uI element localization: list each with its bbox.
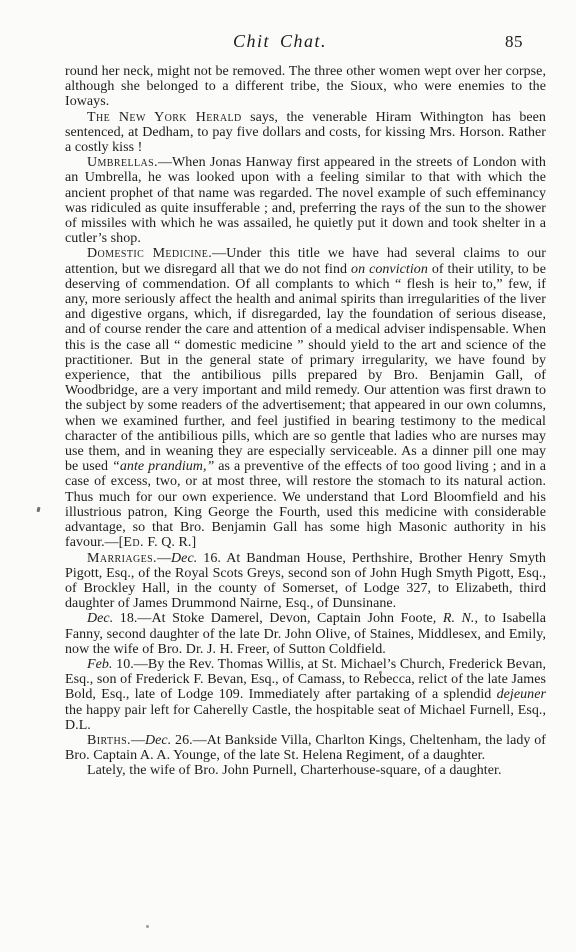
italic-run: Dec. (171, 551, 197, 566)
text-run: F. Q. R.] (144, 535, 196, 550)
paragraph: Lately, the wife of Bro. John Purnell, C… (65, 763, 546, 778)
paragraph: Marriages.—Dec. 16. At Bandman House, Pe… (65, 551, 546, 612)
text-run: Lately, the wife of Bro. John Purnell, C… (87, 763, 502, 778)
italic-run: on conviction (351, 262, 428, 277)
paragraph: Umbrellas.—When Jonas Hanway first appea… (65, 155, 546, 246)
text-run: 10.—By the Rev. Thomas Willis, at St. Mi… (65, 657, 546, 702)
text-run: the happy pair left for Caherelly Castle… (65, 703, 546, 733)
paragraph: round her neck, might not be removed. Th… (65, 64, 546, 110)
smallcaps-run: Births. (87, 733, 131, 748)
italic-run: dejeuner (497, 687, 546, 702)
smallcaps-run: Domestic Medicine. (87, 246, 212, 261)
italic-run: “ante prandium,” (112, 459, 214, 474)
scan-speck (379, 671, 382, 674)
italic-run: Feb. (87, 657, 112, 672)
page-title: Chit Chat. (0, 31, 560, 52)
paragraph: Dec. 18.—At Stoke Damerel, Devon, Captai… (65, 611, 546, 657)
text-run: — (131, 733, 145, 748)
page-number: 85 (505, 32, 523, 52)
paragraph: Births.—Dec. 26.—At Bankside Villa, Char… (65, 733, 546, 763)
page-body: round her neck, might not be removed. Th… (65, 64, 546, 779)
text-run: of their utility, to be deserving of com… (65, 262, 546, 475)
smallcaps-run: The New York Herald (87, 110, 242, 125)
scan-speck (146, 925, 149, 928)
smallcaps-run: Umbrellas. (87, 155, 158, 170)
italic-run: Dec. (87, 611, 113, 626)
text-run: — (157, 551, 171, 566)
scan-speck (36, 507, 40, 513)
paragraph: The New York Herald says, the venerable … (65, 110, 546, 156)
paragraph: Feb. 10.—By the Rev. Thomas Willis, at S… (65, 657, 546, 733)
italic-run: Dec. (145, 733, 171, 748)
italic-run: R. N. (443, 611, 475, 626)
paragraph: Domestic Medicine.—Under this title we h… (65, 246, 546, 550)
running-header: Chit Chat. 85 (0, 31, 576, 55)
scanned-page: Chit Chat. 85 round her neck, might not … (0, 0, 576, 952)
smallcaps-run: Ed. (123, 535, 143, 550)
smallcaps-run: Marriages. (87, 551, 157, 566)
text-run: round her neck, might not be removed. Th… (65, 64, 546, 109)
text-run: 18.—At Stoke Damerel, Devon, Captain Joh… (113, 611, 443, 626)
